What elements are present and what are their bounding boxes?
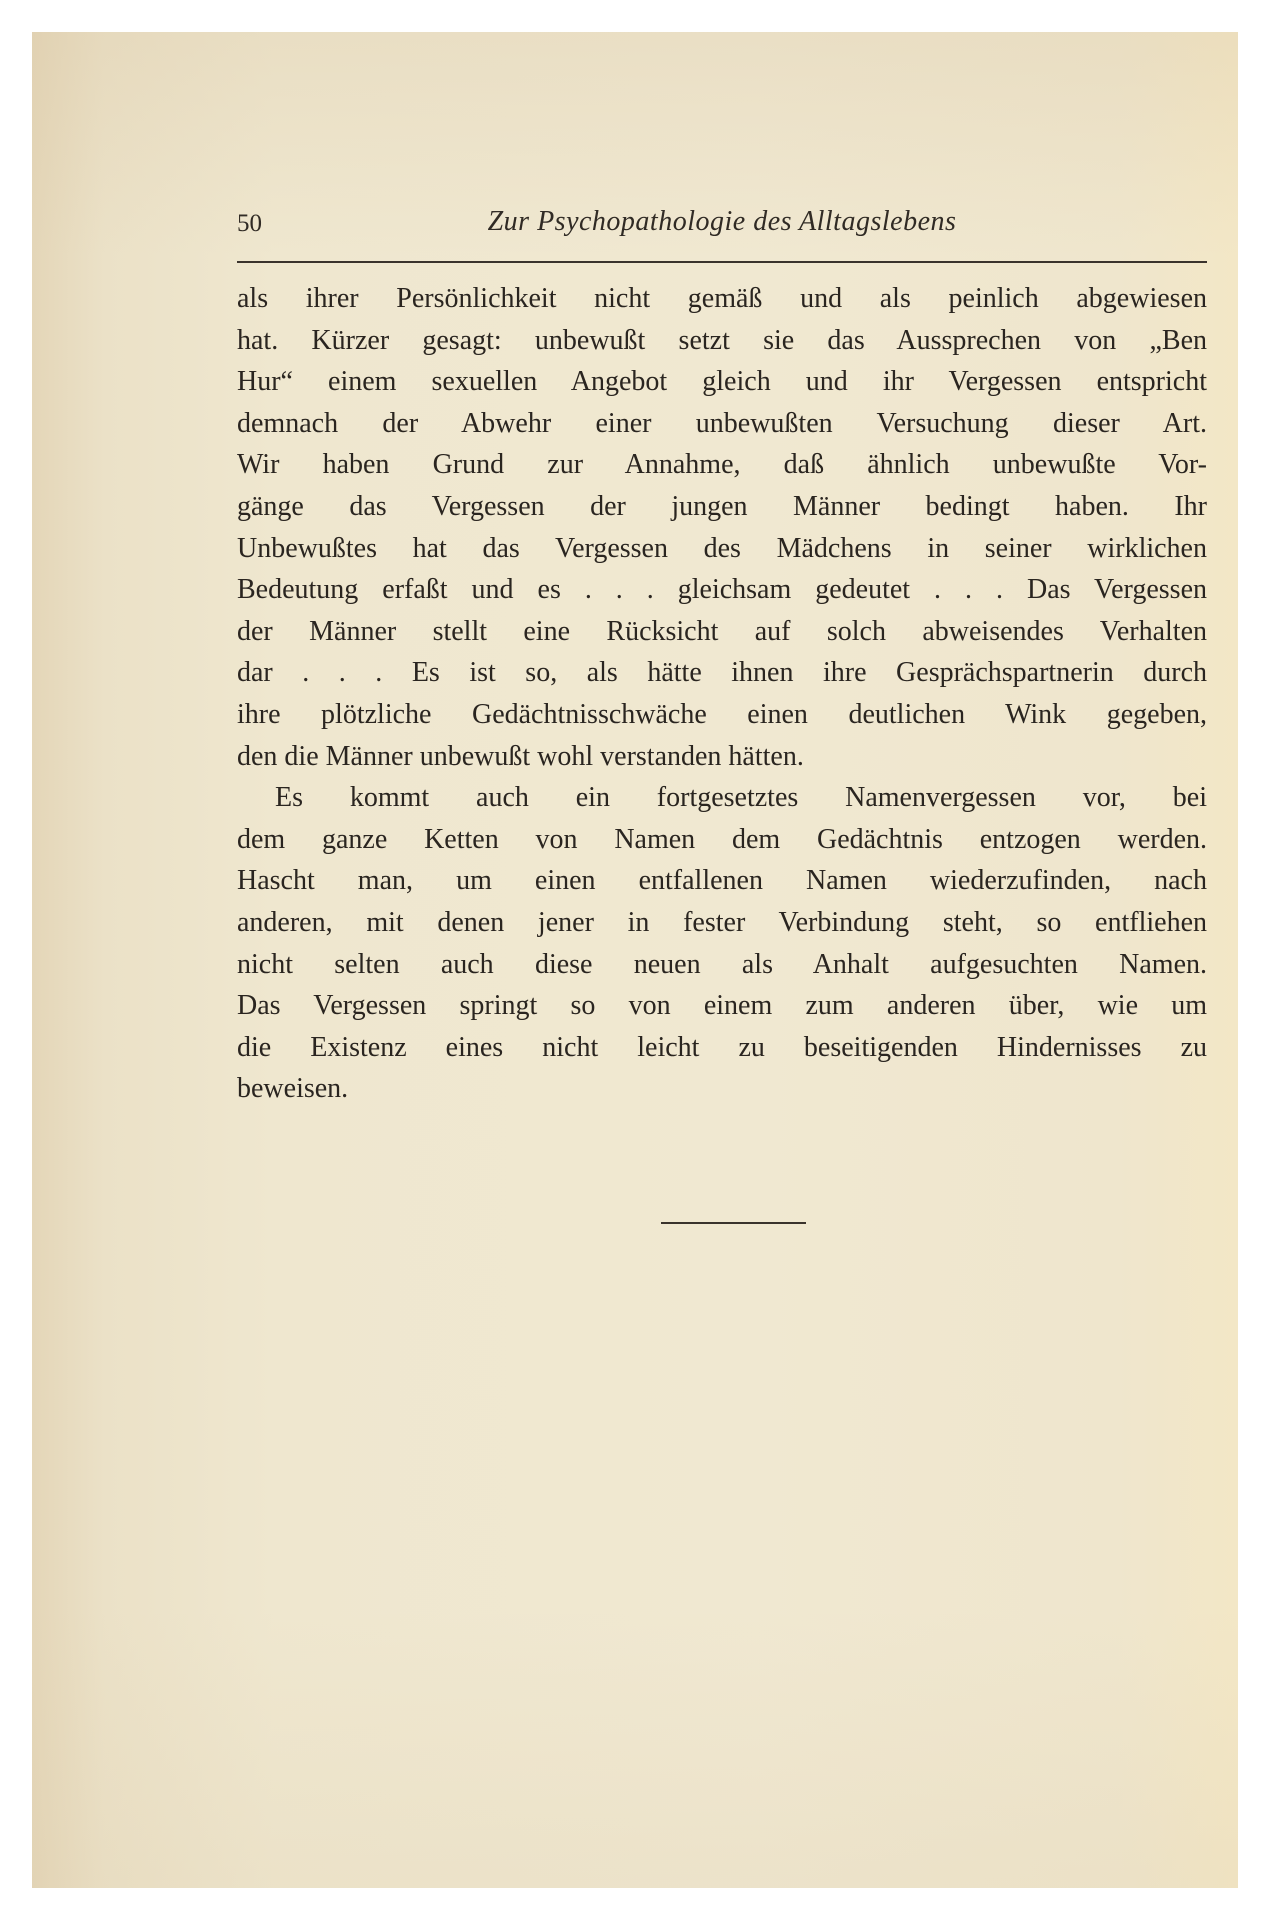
book-page: 50 Zur Psychopathologie des Alltagsleben… (32, 32, 1238, 1888)
text-line: Das Vergessen springt so von einem zum a… (237, 985, 1207, 1027)
text-line: dem ganze Ketten von Namen dem Gedächtni… (237, 819, 1207, 861)
text-line: der Männer stellt eine Rücksicht auf sol… (237, 611, 1207, 653)
page-header: 50 Zur Psychopathologie des Alltagsleben… (237, 200, 1207, 250)
text-line: Hascht man, um einen entfallenen Namen w… (237, 860, 1207, 902)
text-line: demnach der Abwehr einer unbewußten Vers… (237, 403, 1207, 445)
body-text: als ihrer Persönlichkeit nicht gemäß und… (237, 278, 1207, 1110)
text-line: hat. Kürzer gesagt: unbewußt setzt sie d… (237, 320, 1207, 362)
section-end-rule (661, 1222, 806, 1224)
text-line: Bedeutung erfaßt und es . . . gleichsam … (237, 569, 1207, 611)
header-rule (237, 261, 1207, 263)
text-line: Unbewußtes hat das Vergessen des Mädchen… (237, 528, 1207, 570)
text-line: beweisen. (237, 1068, 1207, 1110)
text-line: den die Männer unbewußt wohl verstanden … (237, 736, 1207, 778)
text-line: gänge das Vergessen der jungen Männer be… (237, 486, 1207, 528)
running-title: Zur Psychopathologie des Alltagslebens (237, 206, 1207, 238)
text-line: anderen, mit denen jener in fester Verbi… (237, 902, 1207, 944)
text-line: als ihrer Persönlichkeit nicht gemäß und… (237, 278, 1207, 320)
text-line: nicht selten auch diese neuen als Anhalt… (237, 944, 1207, 986)
text-line: Hur“ einem sexuellen Angebot gleich und … (237, 361, 1207, 403)
text-line: Wir haben Grund zur Annahme, daß ähnlich… (237, 444, 1207, 486)
text-line: Es kommt auch ein fortgesetztes Namenver… (237, 777, 1207, 819)
text-line: die Existenz eines nicht leicht zu besei… (237, 1027, 1207, 1069)
text-line: dar . . . Es ist so, als hätte ihnen ihr… (237, 652, 1207, 694)
text-line: ihre plötzliche Gedächtnisschwäche einen… (237, 694, 1207, 736)
